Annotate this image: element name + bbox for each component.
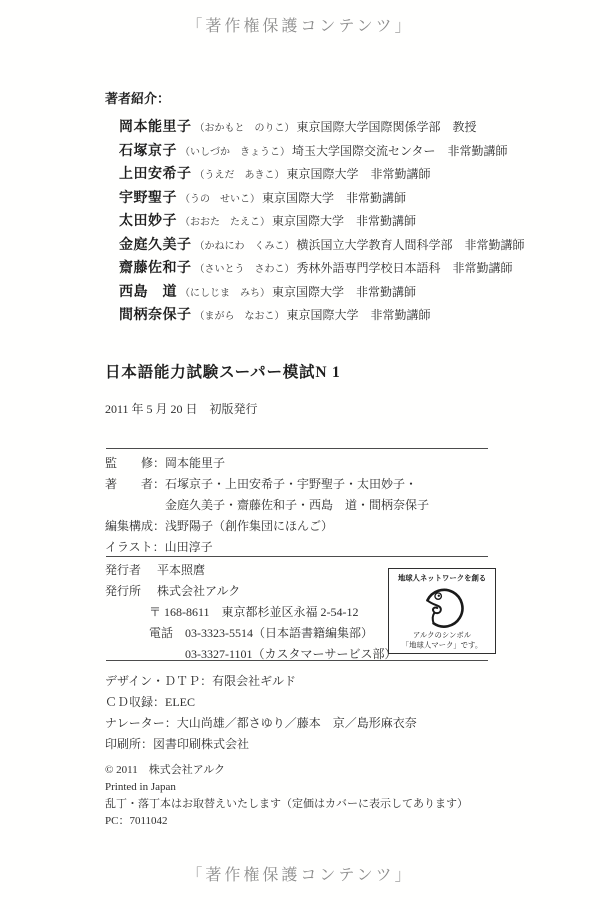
publishing-office-name: 株式会社アルク: [157, 581, 240, 602]
credit-row-authors: 著 者： 石塚京子・上田安希子・宇野聖子・太田妙子・: [105, 474, 429, 495]
credit-row-illustrator: イラスト： 山田淳子: [105, 537, 429, 558]
author-reading: （おかもと のりこ）: [195, 123, 295, 134]
author-name: 間柄奈保子: [119, 307, 192, 323]
credit-row-supervisor: 監 修： 岡本能里子: [105, 453, 429, 474]
author-entry: 間柄奈保子（まがら なおこ）東京国際大学 非常勤講師: [119, 304, 525, 328]
author-affiliation: 埼玉大学国際交流センター 非常勤講師: [292, 144, 508, 158]
supervisor-label: 監 修：: [105, 453, 165, 474]
author-entry: 齋藤佐和子（さいとう さわこ）秀林外語専門学校日本語科 非常勤講師: [119, 257, 525, 281]
author-entry: 宇野聖子（うの せいこ）東京国際大学 非常勤講師: [119, 187, 525, 211]
editor-label: 編集構成：: [105, 516, 165, 537]
supervisor-name: 岡本能里子: [165, 453, 225, 474]
publisher-address: 〒 168-8611 東京都杉並区永福 2-54-12: [149, 602, 397, 623]
editor-name: 浅野陽子（創作集団にほんご）: [165, 516, 333, 537]
publishing-office-label: 発行所: [105, 581, 141, 602]
author-affiliation: 秀林外語専門学校日本語科 非常勤講師: [297, 261, 513, 275]
credits-section: 監 修： 岡本能里子 著 者： 石塚京子・上田安希子・宇野聖子・太田妙子・ 金庭…: [105, 453, 429, 558]
author-reading: （まがら なおこ）: [195, 311, 285, 322]
publisher-label: 発行者: [105, 560, 141, 581]
authors-intro-heading: 著者紹介：: [105, 88, 525, 107]
author-reading: （いしづか きょうこ）: [180, 147, 290, 158]
author-name: 宇野聖子: [119, 190, 177, 206]
publisher-name: 平本照麿: [157, 560, 205, 581]
author-affiliation: 東京国際大学 非常勤講師: [287, 167, 431, 181]
publisher-section: 発行者 平本照麿 発行所 株式会社アルク 〒 168-8611 東京都杉並区永福…: [105, 560, 397, 665]
publisher-phone-1: 電話 03-3323-5514（日本語書籍編集部）: [149, 623, 397, 644]
author-name: 太田妙子: [119, 213, 177, 229]
alc-logo-tagline: 地球人ネットワークを創る: [393, 573, 491, 583]
alc-logo-caption-1: アルクのシンボル: [393, 631, 491, 640]
author-name: 岡本能里子: [119, 119, 192, 135]
authors-names-line1: 石塚京子・上田安希子・宇野聖子・太田妙子・: [165, 474, 417, 495]
author-entry: 石塚京子（いしづか きょうこ）埼玉大学国際交流センター 非常勤講師: [119, 140, 525, 164]
replacement-notice-line: 乱丁・落丁本はお取替えいたします（定価はカバーに表示してあります）: [105, 796, 468, 813]
author-reading: （かねにわ くみこ）: [195, 241, 295, 252]
divider: [106, 448, 488, 449]
author-reading: （おおた たえこ）: [180, 217, 270, 228]
author-name: 石塚京子: [119, 143, 177, 159]
copyright-protection-watermark-top: 「著作権保護コンテンツ」: [0, 13, 600, 36]
author-name: 金庭久美子: [119, 237, 192, 253]
alc-logo-caption-2: 「地球人マーク」です。: [393, 641, 491, 650]
authors-intro-section: 著者紹介： 岡本能里子（おかもと のりこ）東京国際大学国際関係学部 教授 石塚京…: [105, 88, 525, 328]
edition-date: 2011 年 5 月 20 日 初版発行: [105, 400, 258, 417]
credit-row-editor: 編集構成： 浅野陽子（創作集団にほんご）: [105, 516, 429, 537]
publisher-phone-2: 03-3327-1101（カスタマーサービス部）: [185, 644, 397, 665]
author-affiliation: 東京国際大学 非常勤講師: [272, 214, 416, 228]
author-entry: 太田妙子（おおた たえこ）東京国際大学 非常勤講師: [119, 210, 525, 234]
copyright-line: © 2011 株式会社アルク: [105, 762, 468, 779]
author-entry: 上田安希子（うえだ あきこ）東京国際大学 非常勤講師: [119, 163, 525, 187]
author-reading: （うえだ あきこ）: [195, 170, 285, 181]
author-name: 西島 道: [119, 284, 177, 300]
author-entry: 金庭久美子（かねにわ くみこ）横浜国立大学教育人間科学部 非常勤講師: [119, 234, 525, 258]
printer-line: 印刷所：図書印刷株式会社: [105, 734, 417, 755]
printed-in-japan-line: Printed in Japan: [105, 779, 468, 796]
author-affiliation: 東京国際大学 非常勤講師: [272, 285, 416, 299]
author-name: 齋藤佐和子: [119, 260, 192, 276]
author-reading: （にしじま みち）: [180, 288, 270, 299]
product-code-line: PC：7011042: [105, 813, 468, 830]
author-name: 上田安希子: [119, 166, 192, 182]
publishing-office-row: 発行所 株式会社アルク: [105, 581, 397, 602]
author-reading: （さいとう さわこ）: [195, 264, 295, 275]
narrators-line: ナレーター：大山尚雄／都さゆり／藤本 京／島形麻衣奈: [105, 713, 417, 734]
author-affiliation: 東京国際大学国際関係学部 教授: [297, 120, 477, 134]
alc-earthling-mark-icon: [419, 585, 465, 631]
book-title: 日本語能力試験スーパー模試N 1: [105, 360, 341, 382]
authors-label: 著 者：: [105, 474, 165, 495]
publisher-row: 発行者 平本照麿: [105, 560, 397, 581]
author-affiliation: 横浜国立大学教育人間科学部 非常勤講師: [297, 238, 525, 252]
cd-recording-line: ＣＤ収録：ELEC: [105, 692, 417, 713]
author-entry: 岡本能里子（おかもと のりこ）東京国際大学国際関係学部 教授: [119, 116, 525, 140]
illustrator-name: 山田淳子: [165, 537, 213, 558]
author-affiliation: 東京国際大学 非常勤講師: [262, 191, 406, 205]
production-section: デザイン・ＤＴＰ：有限会社ギルド ＣＤ収録：ELEC ナレーター：大山尚雄／都さ…: [105, 671, 417, 755]
divider: [106, 556, 488, 557]
author-affiliation: 東京国際大学 非常勤講師: [287, 308, 431, 322]
divider: [106, 660, 488, 661]
author-entry: 西島 道（にしじま みち）東京国際大学 非常勤講師: [119, 281, 525, 305]
design-dtp-line: デザイン・ＤＴＰ：有限会社ギルド: [105, 671, 417, 692]
illustrator-label: イラスト：: [105, 537, 165, 558]
author-reading: （うの せいこ）: [180, 194, 260, 205]
colophon-page: 「著作権保護コンテンツ」 著者紹介： 岡本能里子（おかもと のりこ）東京国際大学…: [0, 0, 600, 909]
copyright-protection-watermark-bottom: 「著作権保護コンテンツ」: [0, 862, 600, 885]
alc-logo-box: 地球人ネットワークを創る アルクのシンボル 「地球人マーク」です。: [388, 568, 496, 654]
author-list: 岡本能里子（おかもと のりこ）東京国際大学国際関係学部 教授 石塚京子（いしづか…: [119, 116, 525, 328]
authors-names-line2: 金庭久美子・齋藤佐和子・西島 道・間柄奈保子: [165, 495, 429, 516]
copyright-section: © 2011 株式会社アルク Printed in Japan 乱丁・落丁本はお…: [105, 762, 468, 830]
